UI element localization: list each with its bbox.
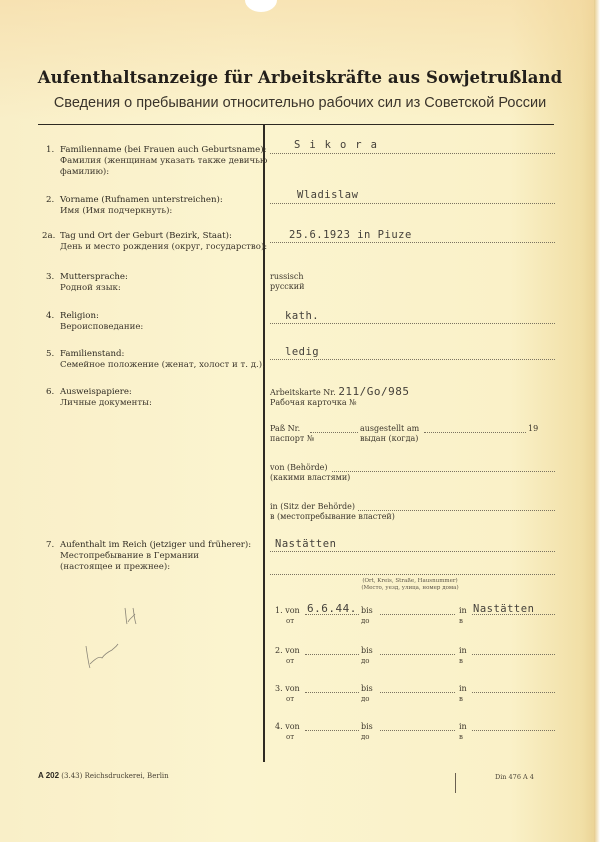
authority-seat-line[interactable]	[358, 510, 555, 511]
field-firstname-value[interactable]: Wladislaw	[297, 189, 358, 201]
authority-seat-label: in (Sitz der Behörde) в (местопребывание…	[270, 502, 395, 522]
form-page: Aufenthaltsanzeige für Arbeitskräfte aus…	[0, 0, 600, 848]
stay-3-place-line[interactable]	[472, 692, 555, 693]
stay-4-place-line[interactable]	[472, 730, 555, 731]
field-surname-line	[270, 153, 555, 154]
field-surname-value[interactable]: Sikora	[294, 139, 386, 151]
field-birth-line	[270, 242, 555, 243]
field-marital-label: 5.Familienstand: Семейное положение (жен…	[46, 349, 265, 371]
stay-3-from-line[interactable]	[305, 692, 359, 693]
stay-1-to-line[interactable]	[380, 614, 455, 615]
field-marital-value[interactable]: ledig	[285, 346, 319, 358]
field-residence-line-2	[270, 574, 555, 575]
field-residence-label: 7.Aufenthalt im Reich (jetziger und früh…	[46, 540, 251, 573]
form-footer-left: A 202 (3.43) Reichsdruckerei, Berlin	[38, 771, 169, 780]
stay-2-to-line[interactable]	[380, 654, 455, 655]
field-surname-label: 1.Familienname (bei Frauen auch Geburtsn…	[46, 145, 267, 178]
stay-1-bis: bis	[361, 606, 373, 615]
header-divider	[38, 124, 554, 125]
field-religion-line	[270, 323, 555, 324]
authority-label: von (Behörde) (какими властями)	[270, 463, 350, 483]
din-format: Din 476 A 4	[495, 773, 534, 781]
stay-1-in: in	[459, 606, 467, 615]
stay-3-to-line[interactable]	[380, 692, 455, 693]
field-firstname-label: 2.Vorname (Rufnamen unterstreichen): Имя…	[46, 195, 223, 217]
stay-1-von: von	[285, 606, 300, 615]
stay-2-from-line[interactable]	[305, 654, 359, 655]
fold-mark	[455, 773, 456, 793]
punch-hole	[245, 0, 277, 12]
stay-4-from-line[interactable]	[305, 730, 359, 731]
passport-number-line[interactable]	[310, 432, 358, 433]
form-number: A 202	[38, 771, 59, 780]
year-prefix: 19	[528, 424, 538, 434]
paper-edge	[594, 0, 600, 848]
address-hint: (Ort, Kreis, Straße, Hausnummer) (Место,…	[300, 578, 520, 592]
field-documents-label: 6.Ausweispapiere: Личные документы:	[46, 387, 152, 409]
field-language-label: 3.Muttersprache: Родной язык:	[46, 272, 128, 294]
field-firstname-line	[270, 203, 555, 204]
stay-1-num: 1.	[275, 606, 283, 615]
form-title-german: Aufenthaltsanzeige für Arbeitskräfte aus…	[0, 68, 600, 87]
passport-label: Paß Nr. паспорт №	[270, 424, 314, 444]
field-language-value: russisch русский	[270, 272, 304, 292]
paper-edge-bottom	[0, 842, 600, 848]
column-divider	[263, 124, 265, 762]
field-birth-label: 2a.Tag und Ort der Geburt (Bezirk, Staat…	[42, 231, 267, 253]
work-card-value[interactable]: 211/Go/985	[338, 385, 409, 398]
field-residence-line	[270, 551, 555, 552]
field-marital-line	[270, 359, 555, 360]
stay-4-to-line[interactable]	[380, 730, 455, 731]
stay-2-place-line[interactable]	[472, 654, 555, 655]
field-religion-label: 4.Religion: Вероисповедание:	[46, 311, 143, 333]
field-birth-value[interactable]: 25.6.1923 in Piuze	[289, 229, 412, 241]
field-residence-value[interactable]: Nastätten	[275, 538, 336, 550]
work-card-label: Arbeitskarte Nr. 211/Go/985 Рабочая карт…	[270, 387, 410, 408]
pencil-signature-icon	[80, 600, 140, 670]
issued-date-line[interactable]	[424, 432, 526, 433]
issued-label: ausgestellt am выдан (когда)	[360, 424, 419, 444]
form-title-russian: Сведения о пребывании относительно рабоч…	[0, 95, 600, 111]
form-print-info: (3.43) Reichsdruckerei, Berlin	[61, 772, 168, 780]
field-religion-value[interactable]: kath.	[285, 310, 319, 322]
authority-line[interactable]	[332, 471, 555, 472]
